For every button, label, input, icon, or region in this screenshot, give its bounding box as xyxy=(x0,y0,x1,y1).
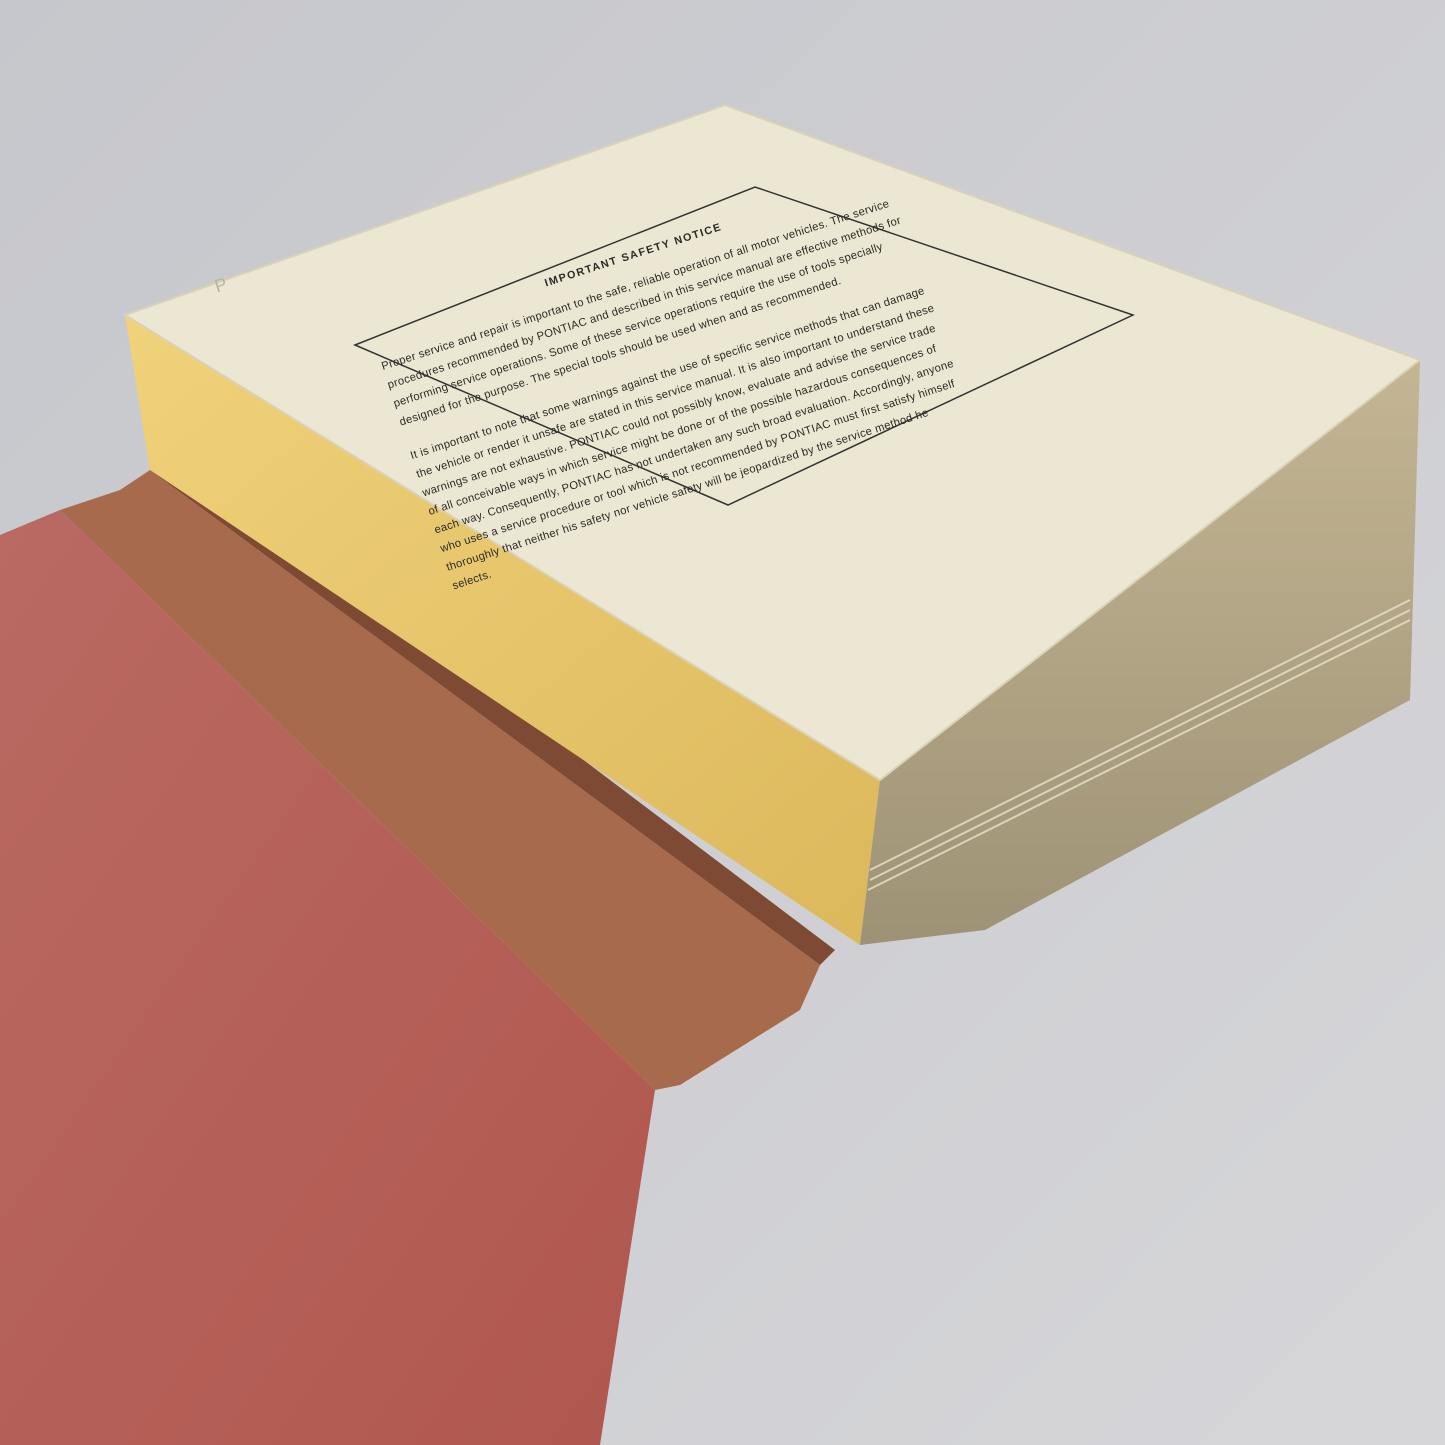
book-photo: P IMPORTANT SAFETY NOTICE Proper service… xyxy=(0,0,1445,1445)
